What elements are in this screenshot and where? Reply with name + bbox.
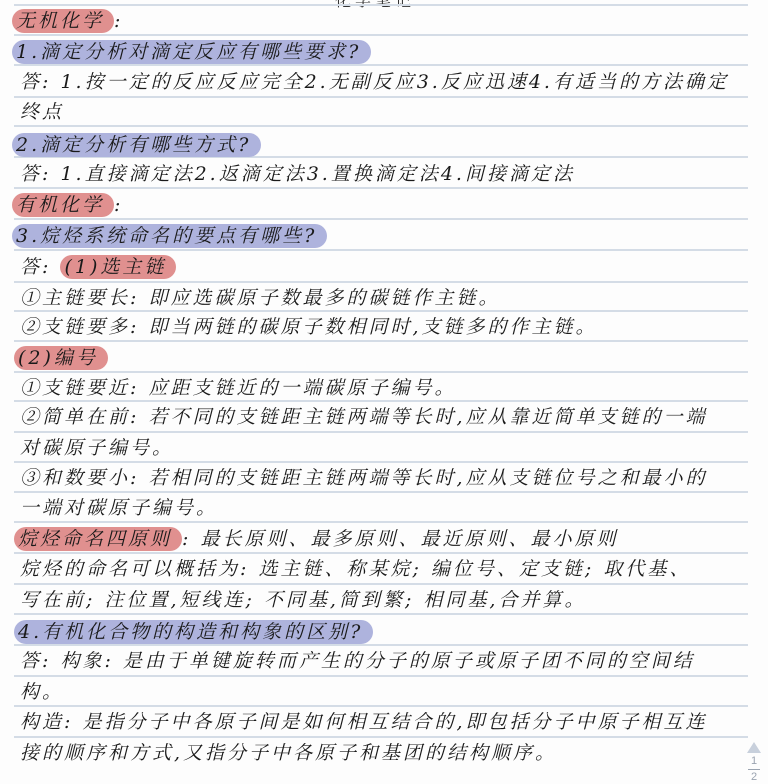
answer-3-step-1-item-2: ②支链要多: 即当两链的碳原子数相同时,支链多的作主链。 — [20, 312, 750, 342]
highlight-blue: 4.有机化合物的构造和构象的区别? — [14, 620, 373, 644]
notebook-page: 化学笔记 无机化学: 1.滴定分析对滴定反应有哪些要求? 答: 1.按一定的反应… — [0, 0, 768, 784]
answer-4-line-2: 构。 — [20, 677, 750, 707]
summary-line-1: 烷烃的命名可以概括为: 选主链、称某烷; 编位号、定支链; 取代基、 — [20, 554, 750, 584]
answer-1-line-1: 答: 1.按一定的反应反应完全2.无副反应3.反应迅速4.有适当的方法确定 — [20, 67, 750, 97]
heading-organic: 有机化学: — [12, 190, 742, 220]
answer-4-line-1: 答: 构象: 是由于单键旋转而产生的分子的原子或原子团不同的空间结 — [20, 646, 750, 676]
answer-3-step-1: 答: (1)选主链 — [20, 252, 750, 282]
highlight-red: (2)编号 — [14, 346, 108, 370]
highlight-red: 有机化学 — [12, 193, 114, 217]
answer-2: 答: 1.直接滴定法2.返滴定法3.置换滴定法4.间接滴定法 — [20, 159, 750, 189]
highlight-blue: 2.滴定分析有哪些方式? — [12, 133, 261, 157]
highlight-blue: 3.烷烃系统命名的要点有哪些? — [12, 224, 327, 248]
answer-1-line-2: 终点 — [20, 97, 750, 127]
page-divider — [748, 769, 760, 770]
current-page: 1 — [744, 755, 764, 768]
total-pages: 2 — [744, 771, 764, 784]
summary-line-2: 写在前; 注位置,短线连; 不同基,简到繁; 相同基,合并算。 — [20, 585, 750, 615]
answer-3-step-1-item-1: ①主链要长: 即应选碳原子数最多的碳链作主链。 — [20, 283, 750, 313]
question-1: 1.滴定分析对滴定反应有哪些要求? — [12, 37, 742, 67]
highlight-red: 无机化学 — [12, 9, 114, 33]
answer-3-step-2-item-1: ①支链要近: 应距支链近的一端碳原子编号。 — [20, 373, 750, 403]
question-3: 3.烷烃系统命名的要点有哪些? — [12, 221, 742, 251]
heading-inorganic: 无机化学: — [12, 6, 742, 36]
answer-3-step-2-item-3-line-2: 一端对碳原子编号。 — [20, 493, 750, 523]
question-2: 2.滴定分析有哪些方式? — [12, 130, 742, 160]
scroll-up-icon[interactable] — [747, 742, 761, 753]
answer-4-line-3: 构造: 是指分子中各原子间是如何相互结合的,即包括分子中原子相互连 — [20, 707, 750, 737]
highlight-red: (1)选主链 — [60, 255, 176, 279]
answer-3-step-2: (2)编号 — [14, 343, 744, 373]
answer-4-line-4: 接的顺序和方式,又指分子中各原子和基团的结构顺序。 — [20, 738, 750, 768]
highlight-red: 烷烃命名四原则 — [14, 527, 182, 551]
answer-3-step-2-item-2-line-1: ②简单在前: 若不同的支链距主链两端等长时,应从靠近简单支链的一端 — [20, 402, 750, 432]
answer-3-step-2-item-2-line-2: 对碳原子编号。 — [20, 433, 750, 463]
highlight-blue: 1.滴定分析对滴定反应有哪些要求? — [12, 40, 371, 64]
answer-3-step-2-item-3-line-1: ③和数要小: 若相同的支链距主链两端等长时,应从支链位号之和最小的 — [20, 463, 750, 493]
question-4: 4.有机化合物的构造和构象的区别? — [14, 617, 744, 647]
page-indicator[interactable]: 1 2 — [744, 742, 764, 784]
naming-principles: 烷烃命名四原则: 最长原则、最多原则、最近原则、最小原则 — [14, 524, 744, 554]
